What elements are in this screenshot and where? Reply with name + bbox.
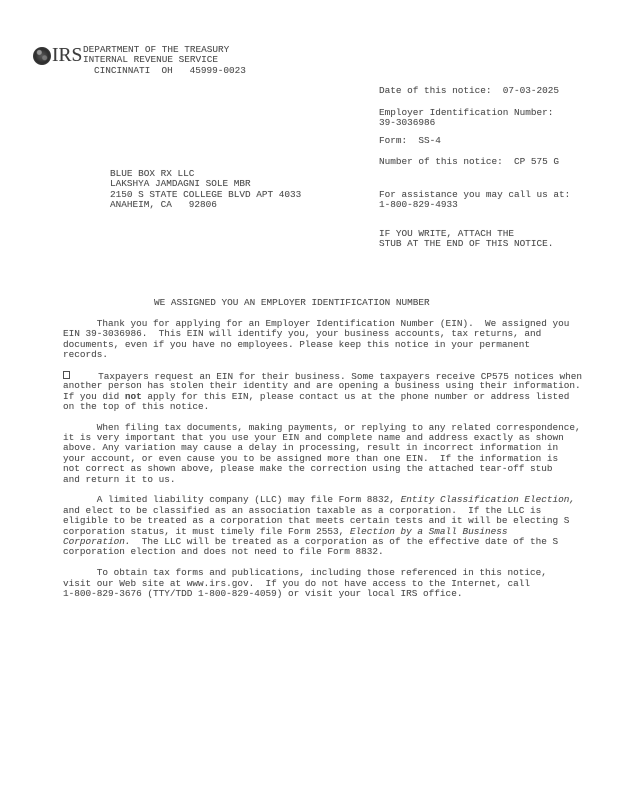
assistance-phone: 1-800-829-4933 (379, 200, 570, 210)
header-city-line: CINCINNATI OH 45999-0023 (83, 66, 246, 76)
assistance-block: For assistance you may call us at: 1-800… (379, 190, 570, 211)
paragraph: When filing tax documents, making paymen… (63, 423, 603, 485)
body-text: The LLC will be treated as a corporation… (131, 536, 559, 547)
body-text: on the top of this notice. (63, 401, 209, 412)
body-line: and return it to us. (63, 475, 603, 485)
notice-body: WE ASSIGNED YOU AN EMPLOYER IDENTIFICATI… (63, 298, 603, 610)
body-text: To obtain tax forms and publications, in… (63, 567, 547, 578)
body-text: documents, even if you have no employees… (63, 339, 530, 350)
body-text: corporation election and does not need t… (63, 546, 384, 557)
body-line: records. (63, 350, 603, 360)
notice-title: WE ASSIGNED YOU AN EMPLOYER IDENTIFICATI… (154, 298, 603, 308)
paragraph: To obtain tax forms and publications, in… (63, 568, 603, 599)
body-text: corporation status, it must timely file … (63, 526, 350, 537)
notice-date-line: Date of this notice: 07-03-2025 (379, 86, 559, 96)
bold-text: not (125, 391, 142, 402)
form-line: Form: SS-4 (379, 136, 441, 146)
ein-block: Employer Identification Number: 39-30369… (379, 108, 553, 129)
body-text: records. (63, 349, 108, 360)
italic-text: Corporation. (63, 536, 131, 547)
body-line: corporation election and does not need t… (63, 547, 603, 557)
write-instruction-block: IF YOU WRITE, ATTACH THE STUB AT THE END… (379, 229, 553, 250)
body-text: and elect to be classified as an associa… (63, 505, 541, 516)
body-text: visit our Web site at www.irs.gov. If yo… (63, 578, 530, 589)
irs-logo-text: IRS (52, 46, 82, 65)
recipient-city-state-zip: ANAHEIM, CA 92806 (110, 200, 301, 210)
paragraph: Taxpayers request an EIN for their busin… (63, 371, 603, 413)
italic-text: Entity Classification Election, (401, 494, 575, 505)
body-paragraphs: Thank you for applying for an Employer I… (63, 319, 603, 600)
body-line: documents, even if you have no employees… (63, 340, 603, 350)
ein-value: 39-3036986 (379, 118, 553, 128)
body-text: When filing tax documents, making paymen… (63, 422, 581, 433)
body-text: not correct as shown above, please make … (63, 463, 552, 474)
irs-eagle-emblem-icon (33, 47, 51, 65)
write-instruction-line-2: STUB AT THE END OF THIS NOTICE. (379, 239, 553, 249)
irs-return-address-block: DEPARTMENT OF THE TREASURY INTERNAL REVE… (83, 45, 246, 76)
irs-cp575-notice-page: IRS DEPARTMENT OF THE TREASURY INTERNAL … (0, 0, 618, 800)
paragraph: Thank you for applying for an Employer I… (63, 319, 603, 361)
body-line: on the top of this notice. (63, 402, 603, 412)
body-text: and return it to us. (63, 474, 176, 485)
body-text: If you did (63, 391, 125, 402)
body-text: EIN 39-3036986. This EIN will identify y… (63, 328, 541, 339)
body-text: above. Any variation may cause a delay i… (63, 442, 558, 453)
recipient-address-block: BLUE BOX RX LLC LAKSHYA JAMDAGNI SOLE MB… (110, 169, 301, 211)
body-text: your account, or even cause you to be as… (63, 453, 558, 464)
body-text: Thank you for applying for an Employer I… (63, 318, 569, 329)
body-text: it is very important that you use your E… (63, 432, 564, 443)
body-text: apply for this EIN, please contact us at… (142, 391, 570, 402)
body-text: A limited liability company (LLC) may fi… (63, 494, 401, 505)
body-line: 1-800-829-3676 (TTY/TDD 1-800-829-4059) … (63, 589, 603, 599)
body-text: eligible to be treated as a corporation … (63, 515, 569, 526)
paragraph: A limited liability company (LLC) may fi… (63, 495, 603, 557)
italic-text: Election by a Small Business (350, 526, 508, 537)
empty-box-glyph (63, 371, 70, 379)
body-text: another person has stolen their identity… (63, 380, 581, 391)
notice-number-line: Number of this notice: CP 575 G (379, 157, 559, 167)
body-text: 1-800-829-3676 (TTY/TDD 1-800-829-4059) … (63, 588, 462, 599)
